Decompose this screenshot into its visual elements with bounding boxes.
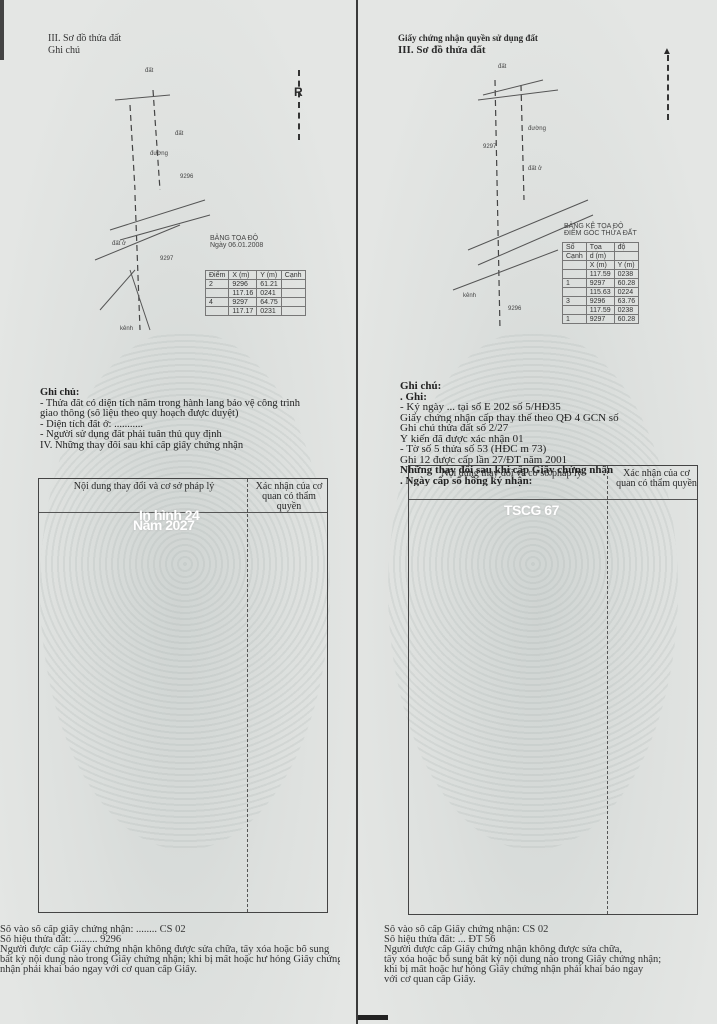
sketch-label: 9297: [160, 256, 174, 262]
watermark-stamp: TSCG 67: [504, 502, 559, 518]
text-line: bất kỳ nội dung nào trong Giấy chứng nhậ…: [0, 955, 340, 965]
table-cell: 117.16: [229, 289, 257, 298]
footer-section: Số vào sổ cấp giấy chứng nhận: ........ …: [0, 925, 340, 975]
table-row: 4929764.75: [206, 298, 306, 307]
table-cell: 1: [563, 279, 587, 288]
sketch-label: đất ở: [528, 165, 542, 172]
table-cell: 0231: [257, 307, 282, 316]
sketch-label: 9296: [180, 174, 194, 180]
sketch-label: đất: [498, 64, 507, 70]
header-cell: Tọa: [586, 243, 614, 252]
table-header-row: Số Tọa độ: [563, 243, 639, 252]
text-line: khi bị mất hoặc hư hỏng Giấy chứng nhận …: [384, 965, 704, 975]
table-header-row: Điểm X (m) Y (m) Cạnh: [206, 271, 306, 280]
sketch-label: đất: [175, 131, 184, 137]
sketch-label: kênh: [463, 293, 476, 299]
header-cell: Nội dung thay đổi và cơ sở pháp lý: [49, 482, 239, 492]
table-row: 2929661.21: [206, 280, 306, 289]
table-row: X (m)Y (m): [563, 261, 639, 270]
table-row: 1929760.28: [563, 315, 639, 324]
coord-table-caption: BẢNG TỌA ĐỘ Ngày 06.01.2008: [210, 235, 263, 249]
text-line: Ghi chú thửa đất số 2/27: [400, 423, 700, 434]
text-line: Số vào sổ cấp Giấy chứng nhận: CS 02: [384, 925, 704, 935]
table-cell: 2: [206, 280, 229, 289]
sketch-label: đất ở: [112, 240, 126, 247]
right-page: Giấy chứng nhận quyền sử dụng đất III. S…: [356, 0, 717, 1024]
text-line: tẩy xóa hoặc bổ sung bất kỳ nội dung nào…: [384, 955, 704, 965]
table-cell: 9297: [586, 315, 614, 324]
text-line: - Thửa đất có diện tích nằm trong hành l…: [40, 399, 330, 410]
table-cell: X (m): [586, 261, 614, 270]
table-row: 3929663.76: [563, 297, 639, 306]
table-cell: 3: [563, 297, 587, 306]
table-cell: 9297: [586, 279, 614, 288]
table-row: 117.160241: [206, 289, 306, 298]
table-cell: 4: [206, 298, 229, 307]
table-cell: 0224: [614, 288, 639, 297]
table-cell: 115.63: [586, 288, 614, 297]
watermark-stamp: Năm 2027: [133, 517, 194, 533]
header-cell: Điểm: [206, 271, 229, 280]
caption-line: ĐIỂM GÓC THỬA ĐẤT: [564, 230, 637, 237]
table-cell: 117.17: [229, 307, 257, 316]
sketch-label: kênh: [120, 326, 133, 332]
text-line: IV. Những thay đổi sau khi cấp giấy chứn…: [40, 441, 330, 452]
table-cell: 1: [563, 315, 587, 324]
caption-line: Ngày 06.01.2008: [210, 242, 263, 249]
column-divider: [607, 466, 608, 914]
left-page: III. Sơ đồ thửa đất Ghi chú R đất đất đư…: [0, 0, 356, 1024]
table-cell: 60.28: [614, 315, 639, 324]
page-edge-shadow: [358, 1015, 388, 1020]
subheader-cell: Cạnh: [563, 252, 587, 261]
text-line: - Ký ngày ... tại sổ E 202 số 5/HĐ35: [400, 402, 700, 413]
table-cell: [281, 307, 305, 316]
text-line: - Diện tích đất ở: ...........: [40, 420, 330, 431]
header-cell: Xác nhận của cơ quan có thẩm quyền: [614, 469, 699, 489]
text-line: Ghi 12 được cấp lần 27/ĐT năm 2001: [400, 455, 700, 466]
table-cell: [563, 306, 587, 315]
caption-line: BẢNG KÊ TỌA ĐỘ: [564, 223, 637, 230]
table-cell: 0238: [614, 270, 639, 279]
text-line: nhận phải khai báo ngay với cơ quan cấp …: [0, 965, 340, 975]
notes-section: Ghi chú:- Thửa đất có diện tích nằm tron…: [40, 388, 330, 451]
text-line: . Ghi:: [400, 392, 700, 403]
change-log-table: Nội dung thay đổi và cơ sở pháp lý Xác n…: [38, 478, 328, 913]
text-line: Số vào sổ cấp giấy chứng nhận: ........ …: [0, 925, 340, 935]
table-cell: [281, 280, 305, 289]
text-line: Ghi chú:: [400, 381, 700, 392]
table-cell: [563, 261, 587, 270]
text-line: - Người sử dụng đất phải tuân thủ quy đị…: [40, 430, 330, 441]
sketch-label: 9297: [483, 144, 497, 150]
text-line: Số hiệu thửa đất: ... ĐT 56: [384, 935, 704, 945]
column-divider: [247, 479, 248, 912]
subheader-cell: d (m): [586, 252, 614, 261]
table-cell: 60.28: [614, 279, 639, 288]
sketch-label: đất: [145, 68, 154, 74]
table-cell: 9297: [229, 298, 257, 307]
change-log-table: Nội dung thay đổi và cơ sở pháp lý Xác n…: [408, 465, 698, 915]
header-cell: Nội dung thay đổi và cơ sở pháp lý: [419, 469, 604, 479]
text-line: Ghi chú:: [40, 388, 330, 399]
caption-line: BẢNG TỌA ĐỘ: [210, 235, 263, 242]
text-line: Người được cấp Giấy chứng nhận không đượ…: [0, 945, 340, 955]
text-line: giao thông (số liệu theo quy hoạch được …: [40, 409, 330, 420]
table-row: 117.170231: [206, 307, 306, 316]
header-cell: X (m): [229, 271, 257, 280]
table-row: 1929760.28: [563, 279, 639, 288]
sketch-label: đường: [528, 126, 546, 132]
coord-table-caption: BẢNG KÊ TỌA ĐỘ ĐIỂM GÓC THỬA ĐẤT: [564, 223, 637, 237]
table-header-row: Nội dung thay đổi và cơ sở pháp lý Xác n…: [409, 466, 697, 500]
table-cell: 63.76: [614, 297, 639, 306]
table-cell: [281, 289, 305, 298]
subheader-cell: [614, 252, 639, 261]
text-line: Ý kiến đã được xác nhận 01: [400, 434, 700, 445]
coord-table: Số Tọa độ Cạnh d (m) X (m)Y (m)117.59023…: [562, 242, 639, 324]
table-row: 115.630224: [563, 288, 639, 297]
table-cell: 61.21: [257, 280, 282, 289]
table-cell: 117.59: [586, 270, 614, 279]
table-cell: 9296: [229, 280, 257, 289]
coord-table: Điểm X (m) Y (m) Cạnh 2929661.21117.1602…: [205, 270, 306, 316]
text-line: Giấy chứng nhận cấp thay thế theo QĐ 4 G…: [400, 413, 700, 424]
sketch-label: 9296: [508, 306, 522, 312]
text-line: Người được cấp Giấy chứng nhận không đượ…: [384, 945, 704, 955]
header-cell: Cạnh: [281, 271, 305, 280]
parcel-sketch-right: đất đường 9297 đất ở kênh 9296: [358, 0, 717, 400]
table-cell: [281, 298, 305, 307]
table-cell: 9296: [586, 297, 614, 306]
table-cell: 0241: [257, 289, 282, 298]
table-cell: [563, 288, 587, 297]
table-cell: 117.59: [586, 306, 614, 315]
table-cell: Y (m): [614, 261, 639, 270]
header-cell: Xác nhận của cơ quan có thẩm quyền: [254, 482, 324, 512]
table-cell: [563, 270, 587, 279]
text-line: Số hiệu thửa đất: ......... 9296: [0, 935, 340, 945]
text-line: - Tờ số 5 thửa số 53 (HĐC m 73): [400, 444, 700, 455]
table-cell: 0238: [614, 306, 639, 315]
table-cell: [206, 307, 229, 316]
footer-section: Số vào sổ cấp Giấy chứng nhận: CS 02Số h…: [384, 925, 704, 985]
table-subheader-row: Cạnh d (m): [563, 252, 639, 261]
header-cell: độ: [614, 243, 639, 252]
sketch-label: đường: [150, 151, 168, 157]
table-row: 117.590238: [563, 270, 639, 279]
parcel-sketch-left: đất đất đường 9296 9297 đất ở kênh: [0, 0, 356, 400]
table-row: 117.590238: [563, 306, 639, 315]
text-line: với cơ quan cấp Giấy.: [384, 975, 704, 985]
header-cell: Y (m): [257, 271, 282, 280]
table-cell: [206, 289, 229, 298]
header-cell: Số: [563, 243, 587, 252]
table-cell: 64.75: [257, 298, 282, 307]
